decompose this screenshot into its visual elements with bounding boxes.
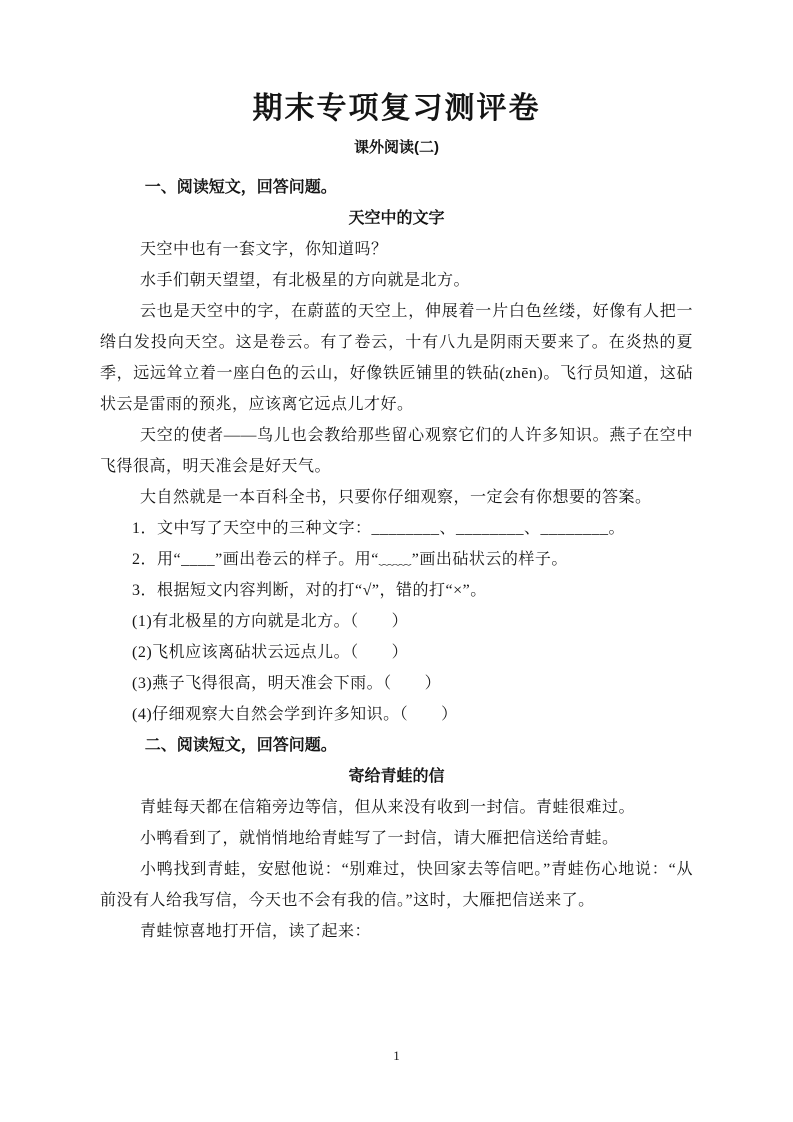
page-number: 1 (0, 1048, 793, 1064)
passage1-paragraph-4: 天空的使者——鸟儿也会教给那些留心观察它们的人许多知识。燕子在空中飞得很高，明天… (100, 420, 693, 482)
judgment-item-1: (1)有北极星的方向就是北方。（ ） (100, 606, 693, 637)
section1-heading: 一、阅读短文，回答问题。 (100, 172, 693, 203)
passage2-title: 寄给青蛙的信 (100, 761, 693, 792)
passage2-paragraph-4: 青蛙惊喜地打开信，读了起来： (100, 916, 693, 947)
judgment-item-3: (3)燕子飞得很高，明天准会下雨。（ ） (100, 668, 693, 699)
question-2: 2．用“____”画出卷云的样子。用“﹏﹏”画出砧状云的样子。 (100, 544, 693, 575)
passage1-title: 天空中的文字 (100, 203, 693, 234)
passage2-paragraph-3: 小鸭找到青蛙，安慰他说：“别难过，快回家去等信吧。”青蛙伤心地说：“从前没有人给… (100, 854, 693, 916)
question-1: 1．文中写了天空中的三种文字：________、________、_______… (100, 513, 693, 544)
passage1-paragraph-5: 大自然就是一本百科全书，只要你仔细观察，一定会有你想要的答案。 (100, 482, 693, 513)
question-3: 3．根据短文内容判断，对的打“√”，错的打“×”。 (100, 575, 693, 606)
section-1: 一、阅读短文，回答问题。 天空中的文字 天空中也有一套文字，你知道吗？ 水手们朝… (100, 172, 693, 730)
passage2-paragraph-2: 小鸭看到了，就悄悄地给青蛙写了一封信，请大雁把信送给青蛙。 (100, 823, 693, 854)
passage1-paragraph-2: 水手们朝天望望，有北极星的方向就是北方。 (100, 265, 693, 296)
judgment-item-4: (4)仔细观察大自然会学到许多知识。（ ） (100, 699, 693, 730)
document-page: 期末专项复习测评卷 课外阅读(二) 一、阅读短文，回答问题。 天空中的文字 天空… (0, 0, 793, 1122)
document-subtitle: 课外阅读(二) (100, 136, 693, 160)
section-2: 二、阅读短文，回答问题。 寄给青蛙的信 青蛙每天都在信箱旁边等信，但从来没有收到… (100, 730, 693, 947)
section2-heading: 二、阅读短文，回答问题。 (100, 730, 693, 761)
passage1-paragraph-3: 云也是天空中的字，在蔚蓝的天空上，伸展着一片白色丝缕，好像有人把一绺白发投向天空… (100, 296, 693, 420)
document-title: 期末专项复习测评卷 (100, 90, 693, 128)
judgment-item-2: (2)飞机应该离砧状云远点儿。（ ） (100, 637, 693, 668)
passage1-paragraph-1: 天空中也有一套文字，你知道吗？ (100, 234, 693, 265)
passage2-paragraph-1: 青蛙每天都在信箱旁边等信，但从来没有收到一封信。青蛙很难过。 (100, 792, 693, 823)
